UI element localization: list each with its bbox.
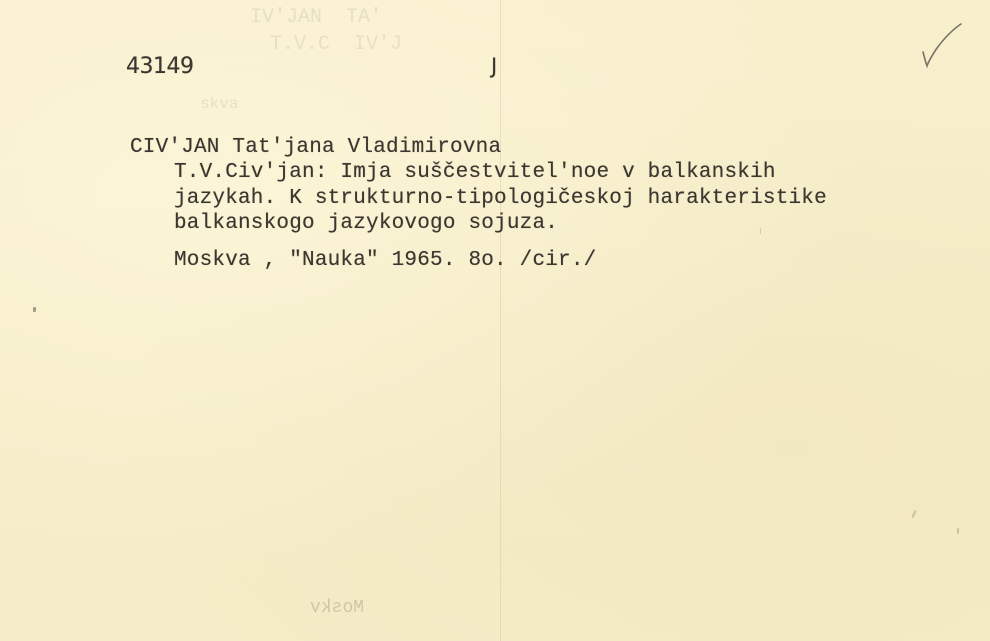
imprint-line: Moskva , "Nauka" 1965. 8o. /cir./ [174, 249, 596, 272]
paper-speck [760, 228, 761, 234]
author-heading: CIV'JAN Tat'jana Vladimirovna [130, 136, 501, 159]
paper-speck [911, 510, 916, 518]
call-number: 43149 [126, 54, 194, 79]
checkmark-icon [915, 22, 965, 74]
title-line: T.V.Civ'jan: Imja suščestvitel'noe v bal… [174, 161, 776, 184]
section-letter: J [491, 54, 497, 78]
title-line: balkanskogo jazykovogo sojuza. [174, 212, 558, 235]
catalog-card: IV'JAN TA' T.V.C IV'J skva Moskv 43149 J… [0, 0, 990, 641]
paper-speck [957, 528, 959, 534]
show-through-text: skva [200, 95, 238, 113]
show-through-text: T.V.C IV'J [270, 33, 402, 56]
title-line: jazykah. K strukturno-tipologičeskoj har… [174, 187, 827, 210]
show-through-text: IV'JAN TA' [250, 6, 382, 29]
show-through-text: Moskv [310, 598, 364, 618]
paper-speck [33, 307, 36, 312]
card-fold-line [500, 0, 501, 641]
